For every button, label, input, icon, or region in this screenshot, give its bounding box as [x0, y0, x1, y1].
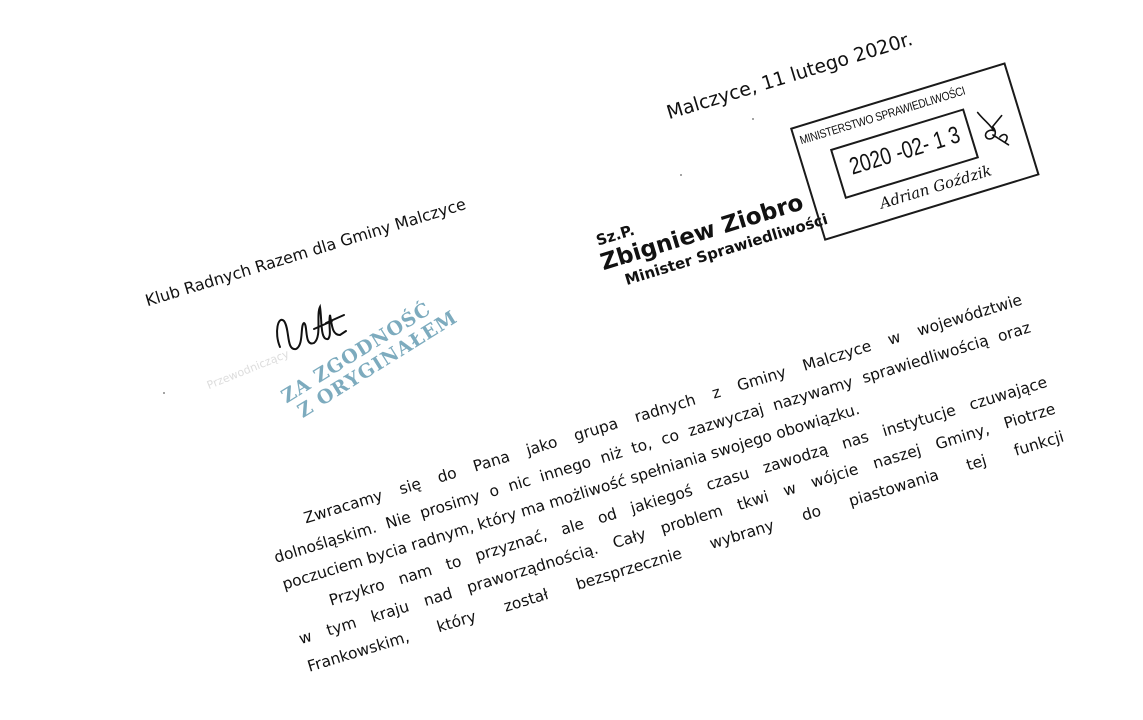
addressee-block: Sz.P. Zbigniew Ziobro Minister Sprawiedl… [592, 166, 830, 294]
scan-speck [680, 174, 682, 176]
scan-speck [752, 118, 754, 120]
stamp-date: 2020 -02- 1 3 [846, 121, 963, 181]
scanned-letter: Malczyce, 11 lutego 2020r. Klub Radnych … [0, 0, 1143, 720]
scan-speck [163, 392, 165, 394]
initials-icon [971, 100, 1018, 156]
received-stamp: MINISTERSTWO SPRAWIEDLIWOŚCI 2020 -02- 1… [790, 62, 1040, 241]
